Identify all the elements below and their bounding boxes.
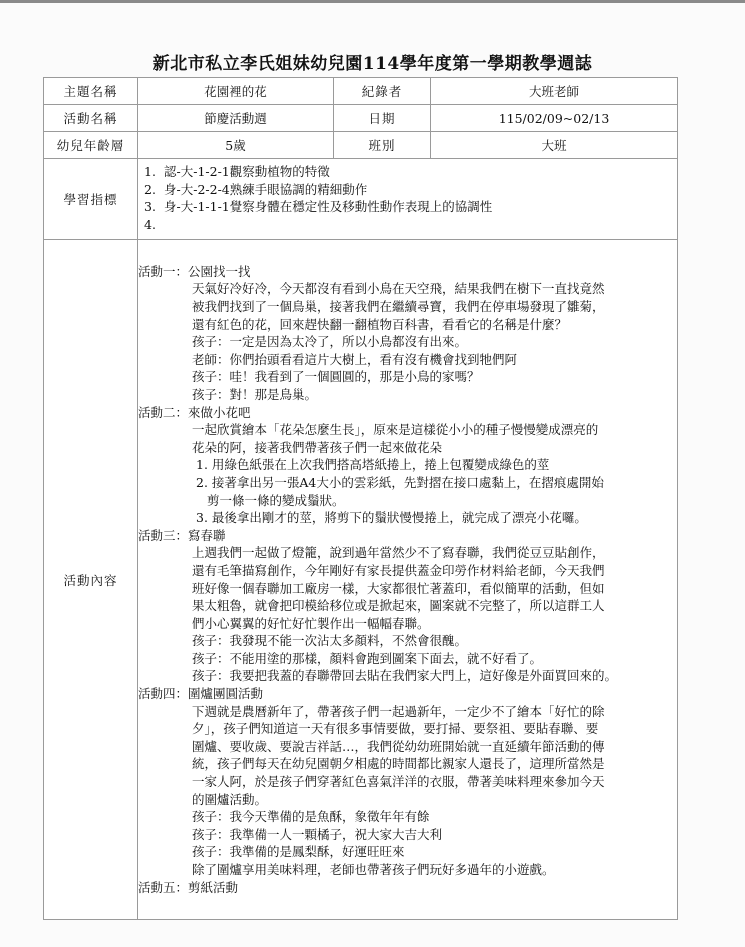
activity-2-heading: 活動二：來做小花吧 [138, 404, 677, 422]
table-row-activity: 活動名稱 節慶活動週 日期 115/02/09~02/13 [44, 105, 678, 132]
class-value: 大班 [431, 132, 678, 159]
document-title: 新北市私立李氏姐妹幼兒園114學年度第一學期教學週誌 [0, 49, 745, 74]
indicator-item: 2.身-大-2-2-4熟練手眼協調的精細動作 [144, 181, 671, 199]
activity-4-body: 下週就是農曆新年了，帶著孩子們一起過新年，一定少不了繪本「好忙的除 夕」，孩子們… [138, 703, 677, 879]
indicator-item: 4. [144, 216, 671, 234]
theme-label: 主題名稱 [44, 78, 138, 105]
activity-1-heading: 活動一：公園找一找 [138, 263, 677, 281]
activity-2-step: 1. 用綠色紙張在上次我們搭高塔紙捲上，捲上包覆變成綠色的莖 [138, 456, 677, 474]
activity-value: 節慶活動週 [138, 105, 334, 132]
activity-3-heading: 活動三：寫春聯 [138, 527, 677, 545]
indicators-label: 學習指標 [44, 159, 138, 240]
weekly-log-table: 主題名稱 花園裡的花 紀錄者 大班老師 活動名稱 節慶活動週 日期 115/02… [43, 77, 678, 920]
indicator-item: 3.身-大-1-1-1覺察身體在穩定性及移動性動作表現上的協調性 [144, 198, 671, 216]
class-label: 班別 [334, 132, 431, 159]
theme-value: 花園裡的花 [138, 78, 334, 105]
indicators-list: 1.認-大-1-2-1觀察動植物的特徵 2.身-大-2-2-4熟練手眼協調的精細… [138, 159, 678, 240]
document-page: 新北市私立李氏姐妹幼兒園114學年度第一學期教學週誌 主題名稱 花園裡的花 紀錄… [0, 3, 745, 947]
indicator-item: 1.認-大-1-2-1觀察動植物的特徵 [144, 163, 671, 181]
activity-5-heading: 活動五：剪紙活動 [138, 879, 677, 897]
activity-2-step: 2. 接著拿出另一張A4大小的雲彩紙，先對摺在接口處黏上，在摺痕處開始 剪一條一… [138, 474, 677, 509]
activities-label: 活動內容 [44, 240, 138, 920]
recorder-label: 紀錄者 [334, 78, 431, 105]
table-row-activities: 活動內容 活動一：公園找一找 天氣好冷好冷，今天都沒有看到小鳥在天空飛，結果我們… [44, 240, 678, 920]
age-value: 5歲 [138, 132, 334, 159]
activity-2-body: 一起欣賞繪本「花朵怎麼生長」，原來是這樣從小小的種子慢慢變成漂亮的 花朵的阿，接… [138, 421, 677, 456]
table-row-age: 幼兒年齡層 5歲 班別 大班 [44, 132, 678, 159]
table-row-indicators: 學習指標 1.認-大-1-2-1觀察動植物的特徵 2.身-大-2-2-4熟練手眼… [44, 159, 678, 240]
activity-3-body: 上週我們一起做了燈籠，說到過年當然少不了寫春聯，我們從豆豆貼創作， 還有毛筆描寫… [138, 544, 677, 685]
activity-1-body: 天氣好冷好冷，今天都沒有看到小鳥在天空飛，結果我們在樹下一直找竟然 被我們找到了… [138, 280, 677, 403]
activity-2-step: 3. 最後拿出剛才的莖，將剪下的鬚狀慢慢捲上，就完成了漂亮小花囉。 [138, 509, 677, 527]
activities-content: 活動一：公園找一找 天氣好冷好冷，今天都沒有看到小鳥在天空飛，結果我們在樹下一直… [138, 240, 678, 920]
date-label: 日期 [334, 105, 431, 132]
activity-4-heading: 活動四：圍爐團圓活動 [138, 685, 677, 703]
table-row-theme: 主題名稱 花園裡的花 紀錄者 大班老師 [44, 78, 678, 105]
date-value: 115/02/09~02/13 [431, 105, 678, 132]
age-label: 幼兒年齡層 [44, 132, 138, 159]
recorder-value: 大班老師 [431, 78, 678, 105]
activity-label: 活動名稱 [44, 105, 138, 132]
